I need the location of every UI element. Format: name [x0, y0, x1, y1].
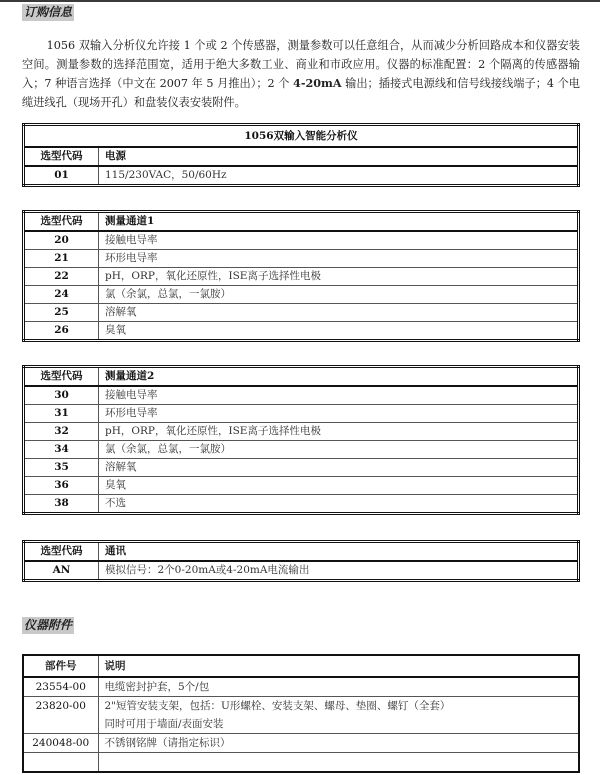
table-header-row: 选型代码 测量通道2 [24, 367, 579, 387]
option-description: 不选 [99, 495, 579, 514]
table-row: 01 115/230VAC，50/60Hz [24, 166, 579, 186]
part-number [23, 753, 98, 773]
part-number: 23820-00 [23, 697, 98, 734]
channel2-option-table: 选型代码 测量通道2 30 接触电导率 31 环形电导率 32 pH，ORP，氧… [22, 365, 580, 515]
communication-column-header: 通讯 [99, 542, 579, 562]
part-description: 电缆密封护套，5个/包 [98, 677, 579, 697]
communication-option-table: 选型代码 通讯 AN 模拟信号：2个0-20mA或4-20mA电流输出 [22, 540, 580, 582]
option-description: 溶解氧 [99, 459, 579, 477]
table-row: 23554-00 电缆密封护套，5个/包 [23, 677, 579, 697]
table-row: 34 氯（余氯，总氯，一氯胺） [24, 441, 579, 459]
table-row: 26 臭氧 [24, 322, 579, 341]
option-code: 22 [24, 268, 99, 286]
description-column-header: 说明 [98, 655, 579, 677]
table-row: 25 溶解氧 [24, 304, 579, 322]
table-row: 24 氯（余氯，总氯，一氯胺） [24, 286, 579, 304]
power-option-table: 1056双输入智能分析仪 选型代码 电源 01 115/230VAC，50/60… [22, 123, 580, 187]
empty-table-row [23, 753, 579, 773]
option-code: 21 [24, 250, 99, 268]
ordering-intro-paragraph: 1056 双输入分析仪允许接 1 个或 2 个传感器，测量参数可以任意组合，从而… [22, 36, 580, 112]
part-number-column-header: 部件号 [23, 655, 98, 677]
option-code: 20 [24, 231, 99, 250]
option-description: 臭氧 [99, 322, 579, 341]
accessories-heading: 仪器附件 [22, 617, 74, 634]
option-description: 模拟信号：2个0-20mA或4-20mA电流输出 [99, 561, 579, 581]
part-description-line: 2"短管安装支架，包括：U形螺栓、安装支架、螺母、垫圈、螺钉（全套） [105, 697, 573, 715]
part-description-line: 同时可用于墙面/表面安装 [105, 715, 573, 733]
part-description-line: 电缆密封护套，5个/包 [105, 678, 573, 696]
table-row: 23820-00 2"短管安装支架，包括：U形螺栓、安装支架、螺母、垫圈、螺钉（… [23, 697, 579, 734]
table-row: 30 接触电导率 [24, 386, 579, 405]
part-number: 240048-00 [23, 734, 98, 753]
accessories-table: 部件号 说明 23554-00 电缆密封护套，5个/包 23820-00 2"短… [22, 654, 580, 773]
option-code: AN [24, 561, 99, 581]
table-header-row: 部件号 说明 [23, 655, 579, 677]
option-code: 01 [24, 166, 99, 186]
option-description: 臭氧 [99, 477, 579, 495]
code-column-header: 选型代码 [24, 367, 99, 387]
channel1-column-header: 测量通道1 [99, 212, 579, 232]
table-header-row: 选型代码 通讯 [24, 542, 579, 562]
option-code: 30 [24, 386, 99, 405]
table-header-row: 选型代码 电源 [24, 147, 579, 166]
table-row: 35 溶解氧 [24, 459, 579, 477]
option-description: 环形电导率 [99, 250, 579, 268]
code-column-header: 选型代码 [24, 147, 99, 166]
option-code: 24 [24, 286, 99, 304]
channel1-option-table: 选型代码 测量通道1 20 接触电导率 21 环形电导率 22 pH，ORP，氧… [22, 210, 580, 342]
part-description: 2"短管安装支架，包括：U形螺栓、安装支架、螺母、垫圈、螺钉（全套） 同时可用于… [98, 697, 579, 734]
intro-text-bold-output: 4-20mA [293, 76, 342, 90]
code-column-header: 选型代码 [24, 542, 99, 562]
option-description: 溶解氧 [99, 304, 579, 322]
option-code: 38 [24, 495, 99, 514]
table-row: 240048-00 不锈钢铭牌（请指定标识） [23, 734, 579, 753]
option-description: 氯（余氯，总氯，一氯胺） [99, 286, 579, 304]
option-description: pH，ORP，氧化还原性，ISE离子选择性电极 [99, 268, 579, 286]
code-column-header: 选型代码 [24, 212, 99, 232]
option-description: pH，ORP，氧化还原性，ISE离子选择性电极 [99, 423, 579, 441]
option-code: 35 [24, 459, 99, 477]
table-row: 32 pH，ORP，氧化还原性，ISE离子选择性电极 [24, 423, 579, 441]
part-description-line: 不锈钢铭牌（请指定标识） [105, 734, 573, 752]
option-code: 36 [24, 477, 99, 495]
part-number: 23554-00 [23, 677, 98, 697]
product-title: 1056双输入智能分析仪 [24, 125, 579, 148]
option-description: 接触电导率 [99, 231, 579, 250]
table-row: 21 环形电导率 [24, 250, 579, 268]
table-row: 31 环形电导率 [24, 405, 579, 423]
power-column-header: 电源 [99, 147, 579, 166]
page-top-rule [0, 0, 600, 2]
table-title-row: 1056双输入智能分析仪 [24, 125, 579, 148]
option-description: 115/230VAC，50/60Hz [99, 166, 579, 186]
option-code: 25 [24, 304, 99, 322]
table-row: AN 模拟信号：2个0-20mA或4-20mA电流输出 [24, 561, 579, 581]
option-description: 接触电导率 [99, 386, 579, 405]
option-code: 34 [24, 441, 99, 459]
option-description: 氯（余氯，总氯，一氯胺） [99, 441, 579, 459]
option-code: 31 [24, 405, 99, 423]
option-description: 环形电导率 [99, 405, 579, 423]
table-row: 38 不选 [24, 495, 579, 514]
part-description: 不锈钢铭牌（请指定标识） [98, 734, 579, 753]
ordering-info-heading: 订购信息 [22, 4, 74, 21]
table-row: 36 臭氧 [24, 477, 579, 495]
part-description [98, 753, 579, 773]
table-row: 20 接触电导率 [24, 231, 579, 250]
option-code: 26 [24, 322, 99, 341]
channel2-column-header: 测量通道2 [99, 367, 579, 387]
table-row: 22 pH，ORP，氧化还原性，ISE离子选择性电极 [24, 268, 579, 286]
table-header-row: 选型代码 测量通道1 [24, 212, 579, 232]
option-code: 32 [24, 423, 99, 441]
